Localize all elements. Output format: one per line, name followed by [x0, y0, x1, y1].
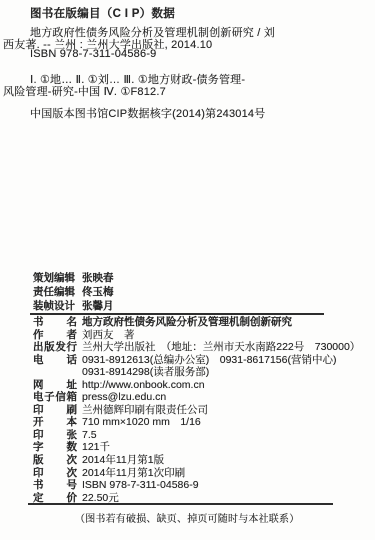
- cip-classification-line-2: 风险管理-研究-中国 Ⅳ. ①F812.7: [3, 83, 166, 99]
- row-label: 印张: [33, 429, 77, 442]
- row-label: 出版发行: [33, 341, 77, 354]
- table-row-impression: 印次2014年11月第1次印刷: [33, 467, 360, 480]
- divider-top: [30, 313, 324, 315]
- table-row-email: 电子信箱press@lzu.edu.cn: [33, 391, 360, 404]
- table-row-title: 书名地方政府性债务风险分析及管理机制创新研究: [33, 316, 360, 329]
- row-label: 网址: [33, 379, 77, 392]
- credit-row-responsible-editor: 责任编辑佟玉梅: [33, 285, 114, 299]
- row-value: http://www.onbook.com.cn: [82, 379, 205, 391]
- table-row-word-count: 字数121千: [33, 441, 360, 454]
- row-value: 710 mm×1020 mm 1/16: [82, 416, 201, 428]
- credits-section: 策划编辑张映春 责任编辑佟玉梅 装帧设计张馨月: [33, 271, 114, 313]
- row-label: 版次: [33, 454, 77, 467]
- table-row-website: 网址http://www.onbook.com.cn: [33, 379, 360, 392]
- row-value: 22.50元: [82, 492, 119, 504]
- table-row-format: 开本710 mm×1020 mm 1/16: [33, 416, 360, 429]
- credit-value: 张馨月: [82, 300, 114, 312]
- row-value: 兰州大学出版社 （地址：兰州市天水南路222号 730000）: [82, 341, 360, 353]
- row-label: 开本: [33, 416, 77, 429]
- row-value: 7.5: [82, 429, 97, 441]
- cip-isbn-line: ISBN 978-7-311-04586-9: [30, 48, 157, 60]
- cip-heading: 图书在版编目（C I P）数据: [30, 5, 175, 21]
- table-row-sheets: 印张7.5: [33, 429, 360, 442]
- row-value: 2014年11月第1次印刷: [82, 467, 185, 479]
- row-value: 0931-8912613(总编办公室) 0931-8617156(营销中心): [82, 354, 336, 366]
- row-value: ISBN 978-7-311-04586-9: [82, 479, 199, 491]
- table-row-printer: 印刷兰州德辉印刷有限责任公司: [33, 404, 360, 417]
- publication-info-table: 书名地方政府性债务风险分析及管理机制创新研究 作者刘西友 著 出版发行兰州大学出…: [33, 316, 360, 504]
- row-value: 刘西友 著: [82, 329, 135, 341]
- row-label: 书名: [33, 316, 77, 329]
- credit-value: 张映春: [82, 272, 114, 284]
- row-value: 0931-8914298(读者服务部): [82, 366, 209, 378]
- row-value: 121千: [82, 441, 110, 453]
- table-row-publisher: 出版发行兰州大学出版社 （地址：兰州市天水南路222号 730000）: [33, 341, 360, 354]
- row-label: 印次: [33, 467, 77, 480]
- credit-label: 装帧设计: [33, 299, 77, 313]
- row-label: 电子信箱: [33, 391, 77, 404]
- damage-notice: （图书若有破损、缺页、掉页可随时与本社联系）: [75, 510, 299, 525]
- table-row-phone: 电话0931-8912613(总编办公室) 0931-8617156(营销中心): [33, 354, 360, 367]
- table-row-phone-2: 0931-8914298(读者服务部): [33, 366, 360, 379]
- copyright-page: 图书在版编目（C I P）数据 地方政府性债务风险分析及管理机制创新研究 / 刘…: [0, 0, 375, 540]
- table-row-edition: 版次2014年11月第1版: [33, 454, 360, 467]
- row-value: 兰州德辉印刷有限责任公司: [82, 404, 208, 416]
- row-value: 地方政府性债务风险分析及管理机制创新研究: [82, 316, 292, 328]
- row-label: 作者: [33, 329, 77, 342]
- cip-record-number: 中国版本图书馆CIP数据核字(2014)第243014号: [30, 105, 265, 121]
- credit-row-binding-designer: 装帧设计张馨月: [33, 299, 114, 313]
- row-label: 印刷: [33, 404, 77, 417]
- divider-bottom: [28, 503, 333, 505]
- row-label: 书号: [33, 479, 77, 492]
- table-row-author: 作者刘西友 著: [33, 329, 360, 342]
- credit-label: 策划编辑: [33, 271, 77, 285]
- table-row-book-number: 书号ISBN 978-7-311-04586-9: [33, 479, 360, 492]
- row-label: 字数: [33, 441, 77, 454]
- row-value: press@lzu.edu.cn: [82, 391, 166, 403]
- row-value: 2014年11月第1版: [82, 454, 164, 466]
- row-label: 电话: [33, 354, 77, 367]
- credit-label: 责任编辑: [33, 285, 77, 299]
- credit-row-planning-editor: 策划编辑张映春: [33, 271, 114, 285]
- credit-value: 佟玉梅: [82, 286, 114, 298]
